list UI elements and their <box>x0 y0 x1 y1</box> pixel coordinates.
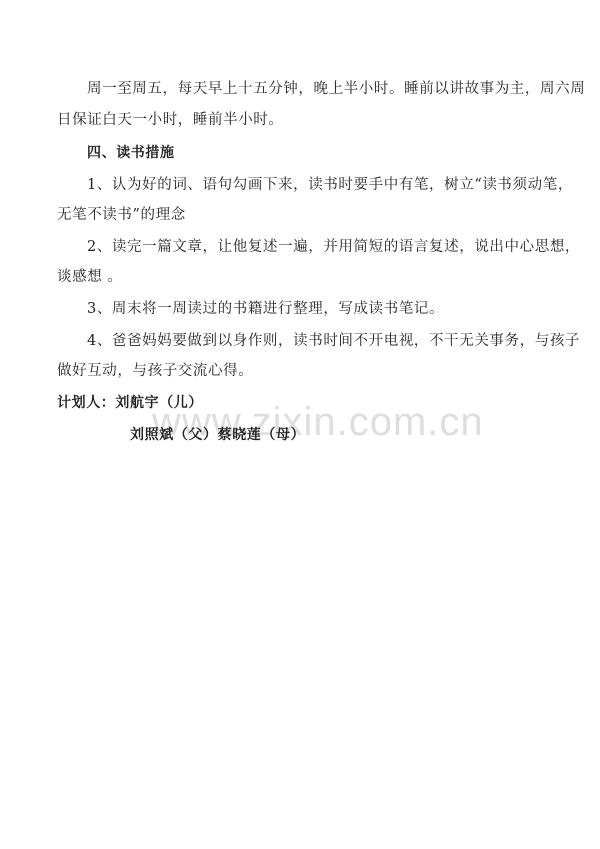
item-3-line-1: 3、周末将一周读过的书籍进行整理，写成读书笔记。 <box>87 299 444 319</box>
item-2-line-2: 谈感想 。 <box>57 267 123 287</box>
schedule-paragraph-line-2: 日保证白天一小时，睡前半小时。 <box>57 110 284 130</box>
signature-line-1: 计划人：刘航宇（儿） <box>57 393 203 413</box>
item-1-line-1: 1、认为好的词、语句勾画下来，读书时要手中有笔，树立“读书须动笔， <box>87 175 573 195</box>
signature-line-2: 刘照斌（父）蔡晓莲（母） <box>130 425 305 445</box>
item-2-line-1: 2、读完一篇文章，让他复述一遍，并用简短的语言复述，说出中心思想， <box>87 237 580 257</box>
item-4-line-2: 做好互动，与孩子交流心得。 <box>57 361 253 381</box>
schedule-paragraph-line-1: 周一至周五，每天早上十五分钟，晚上半小时。睡前以讲故事为主，周六周 <box>87 79 585 99</box>
item-1-line-2: 无笔不读书”的理念 <box>57 205 186 225</box>
item-4-line-1: 4、爸爸妈妈要做到以身作则，读书时间不开电视，不干无关事务，与孩子 <box>87 331 580 351</box>
document-page: 周一至周五，每天早上十五分钟，晚上半小时。睡前以讲故事为主，周六周 日保证白天一… <box>0 0 600 849</box>
section-heading: 四、读书措施 <box>87 143 175 163</box>
